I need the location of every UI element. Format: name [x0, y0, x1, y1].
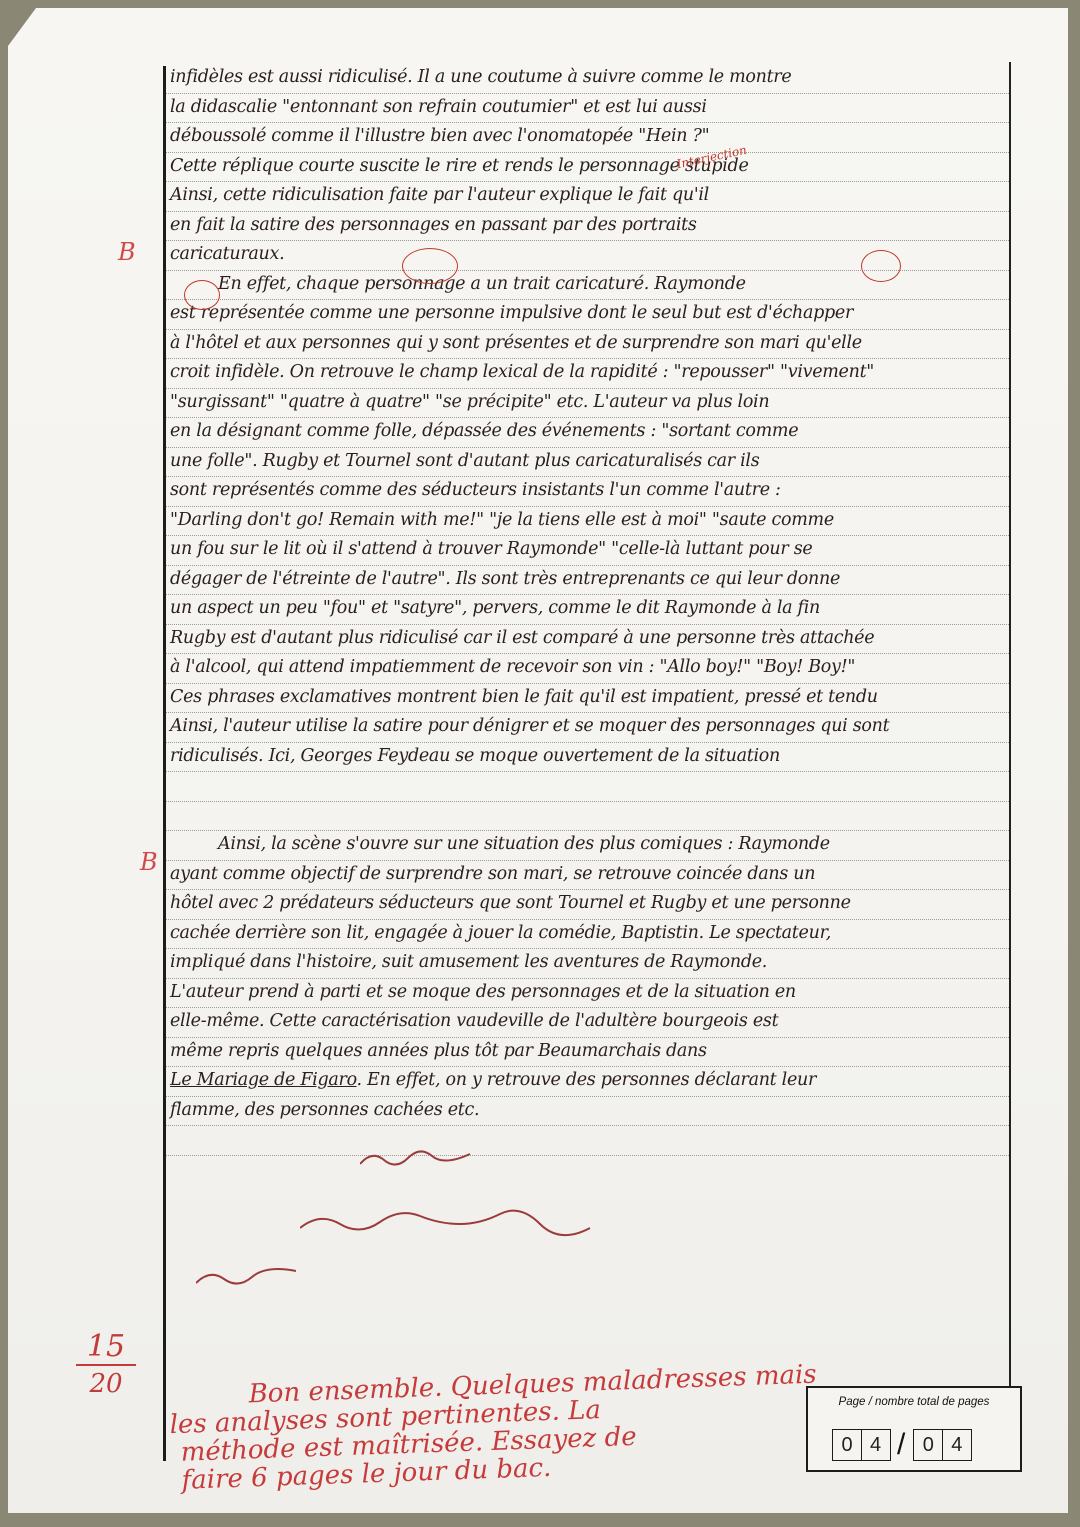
essay-line: Ainsi, cette ridiculisation faite par l'… — [166, 182, 1009, 212]
essay-body: infidèles est aussi ridiculisé. Il a une… — [166, 64, 1009, 1156]
essay-line: flamme, des personnes cachées etc. — [166, 1097, 1009, 1127]
score-denominator: 20 — [76, 1366, 136, 1402]
essay-line: Le Mariage de Figaro. En effet, on y ret… — [166, 1067, 1009, 1097]
correction-squiggle — [300, 1208, 600, 1238]
page-digit: 0 — [832, 1429, 862, 1461]
essay-line: sont représentés comme des séducteurs in… — [166, 477, 1009, 507]
essay-line: croit infidèle. On retrouve le champ lex… — [166, 359, 1009, 389]
essay-line: à l'hôtel et aux personnes qui y sont pr… — [166, 330, 1009, 360]
essay-line: infidèles est aussi ridiculisé. Il a une… — [166, 64, 1009, 94]
essay-line: une folle". Rugby et Tournel sont d'auta… — [166, 448, 1009, 478]
correction-circle — [861, 250, 901, 282]
essay-line: un fou sur le lit où il s'attend à trouv… — [166, 536, 1009, 566]
correction-squiggle — [196, 1267, 306, 1287]
essay-line: Cette réplique courte suscite le rire et… — [166, 153, 1009, 183]
book-title: Le Mariage de Figaro — [170, 1070, 357, 1090]
essay-line: en la désignant comme folle, dépassée de… — [166, 418, 1009, 448]
essay-line: à l'alcool, qui attend impatiemment de r… — [166, 654, 1009, 684]
page-counter-label: Page / nombre total de pages — [808, 1396, 1020, 1408]
right-margin-line — [1009, 62, 1011, 1462]
page-digit: 4 — [861, 1429, 891, 1461]
essay-line: Ainsi, l'auteur utilise la satire pour d… — [166, 713, 1009, 743]
essay-line: "surgissant" "quatre à quatre" "se préci… — [166, 389, 1009, 419]
page-separator: / — [897, 1428, 905, 1462]
essay-line: hôtel avec 2 prédateurs séducteurs que s… — [166, 890, 1009, 920]
essay-line: la didascalie "entonnant son refrain cou… — [166, 94, 1009, 124]
essay-line: en fait la satire des personnages en pas… — [166, 212, 1009, 242]
total-digit: 4 — [942, 1429, 972, 1461]
page-counter-digits: 0 4 / 0 4 — [832, 1428, 970, 1462]
correction-circle — [402, 248, 458, 284]
essay-line: même repris quelques années plus tôt par… — [166, 1038, 1009, 1068]
essay-line: Rugby est d'autant plus ridiculisé car i… — [166, 625, 1009, 655]
essay-line: ridiculisés. Ici, Georges Feydeau se moq… — [166, 743, 1009, 773]
total-digit: 0 — [913, 1429, 943, 1461]
essay-line: elle-même. Cette caractérisation vaudevi… — [166, 1008, 1009, 1038]
teacher-comment: Bon ensemble. Quelques maladresses mais … — [168, 1361, 812, 1495]
essay-line: dégager de l'étreinte de l'autre". Ils s… — [166, 566, 1009, 596]
essay-line: impliqué dans l'histoire, suit amusement… — [166, 949, 1009, 979]
essay-line: déboussolé comme il l'illustre bien avec… — [166, 123, 1009, 153]
score-numerator: 15 — [76, 1330, 136, 1366]
margin-grade-b: B — [140, 848, 158, 876]
page-counter: Page / nombre total de pages 0 4 / 0 4 — [806, 1386, 1022, 1472]
score: 15 20 — [76, 1330, 136, 1402]
essay-line: cachée derrière son lit, engagée à jouer… — [166, 920, 1009, 950]
correction-circle — [184, 280, 220, 310]
correction-squiggle — [360, 1150, 480, 1170]
essay-line: un aspect un peu "fou" et "satyre", perv… — [166, 595, 1009, 625]
essay-line — [166, 772, 1009, 802]
essay-line: Ainsi, la scène s'ouvre sur une situatio… — [166, 831, 1009, 861]
essay-line: ayant comme objectif de surprendre son m… — [166, 861, 1009, 891]
essay-line: Ces phrases exclamatives montrent bien l… — [166, 684, 1009, 714]
essay-line: L'auteur prend à parti et se moque des p… — [166, 979, 1009, 1009]
essay-line: est représentée comme une personne impul… — [166, 300, 1009, 330]
margin-grade-b: B — [118, 238, 136, 266]
essay-line — [166, 802, 1009, 832]
essay-line: "Darling don't go! Remain with me!" "je … — [166, 507, 1009, 537]
essay-line — [166, 1126, 1009, 1156]
